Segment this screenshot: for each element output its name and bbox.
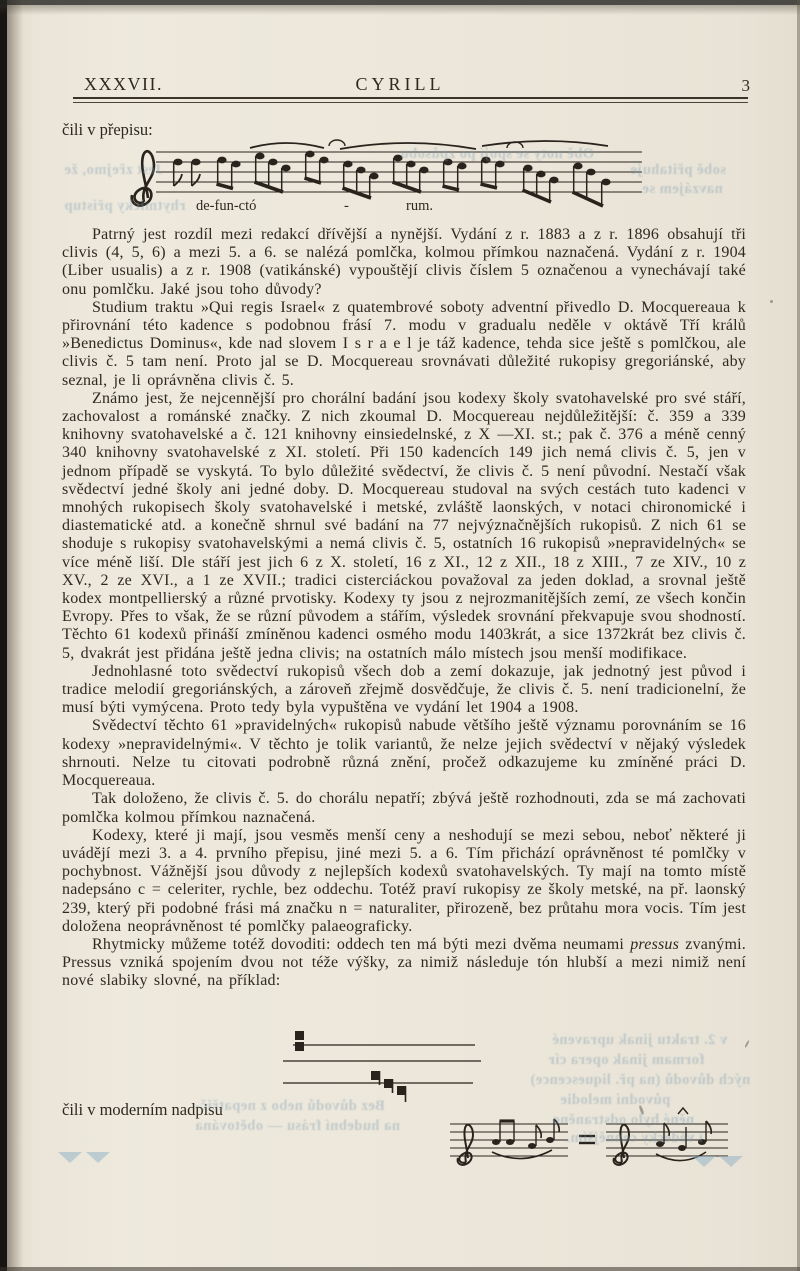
paragraph: Patrný jest rozdíl mezi redakcí dřívější… — [62, 226, 746, 299]
article-body: Patrný jest rozdíl mezi redakcí dřívější… — [62, 226, 746, 991]
ghost-text: Bez důvodů nebo z nepatřič- — [195, 1098, 385, 1115]
neume-staff — [283, 1030, 488, 1106]
scan-edge-left-shadow — [7, 0, 23, 1271]
ghost-triangle — [719, 1156, 743, 1167]
scan-edge-bottom — [0, 1267, 800, 1271]
scanned-journal-page: XXXVII. CYRILL 3 čili v přepisu: — [0, 0, 800, 1271]
scan-edge-top-shadow — [0, 5, 800, 15]
lyric-dash: - — [344, 198, 349, 215]
lyric-end: rum. — [406, 198, 433, 215]
ghost-text: na hudební frásu — obětována — [195, 1118, 400, 1135]
paragraph: Jednohlasné toto svědectví rukopisů všec… — [62, 663, 746, 718]
pressus-before: Rhytmicky můžeme totéž dovoditi: oddech … — [92, 936, 630, 953]
header-page-number: 3 — [742, 76, 751, 96]
paragraph: Svědectví těchto 61 »pravidelných« rukop… — [62, 717, 746, 790]
paragraph: Kodexy, které ji mají, jsou vesměs menší… — [62, 827, 746, 936]
scan-speck — [770, 300, 773, 303]
paragraph: Studium traktu »Qui regis Israel« z quat… — [62, 299, 746, 390]
slur-a — [492, 1150, 552, 1159]
ghost-text: Jest zřejmo, že — [64, 162, 163, 179]
ghost-text: formam jinak opera cír — [548, 1052, 704, 1069]
pressus-italic-term: pressus — [630, 936, 679, 953]
ghost-text: navzájem se — [642, 181, 723, 198]
ghost-text: i vědecky cennějším. — [566, 1130, 703, 1147]
ghost-triangle — [58, 1152, 82, 1163]
paragraph: Známo jest, že nejcennější pro chorální … — [62, 390, 746, 663]
neume-notation-example — [283, 1030, 488, 1106]
paragraph: Tak doloženo, že clivis č. 5. do chorálu… — [62, 790, 746, 826]
ghost-text: v 2. traktu jinak upravené — [552, 1032, 727, 1049]
lyric-syllables: de-fun-ctó — [196, 198, 256, 215]
ghost-text: rhytmicky přístup — [64, 198, 186, 215]
scan-edge-left — [0, 0, 7, 1271]
scan-speck — [744, 1040, 750, 1048]
ghost-text: Obě noty se spojí po způsobu — [400, 146, 594, 163]
header-journal-title: CYRILL — [0, 74, 800, 95]
ghost-triangle — [692, 1156, 716, 1167]
header-rule — [73, 97, 748, 103]
treble-clef-icon — [458, 1125, 473, 1165]
ghost-triangle — [86, 1152, 110, 1163]
paragraph-pressus: Rhytmicky můžeme totéž dovoditi: oddech … — [62, 936, 746, 991]
ghost-text: sobě přitahuje — [630, 162, 726, 179]
ghost-text: původní melodie — [560, 1092, 670, 1109]
ghost-text: něné bylo odstraněno — [552, 1112, 694, 1129]
ghost-text: ných důvodů (na př. liquescence) — [530, 1072, 750, 1089]
